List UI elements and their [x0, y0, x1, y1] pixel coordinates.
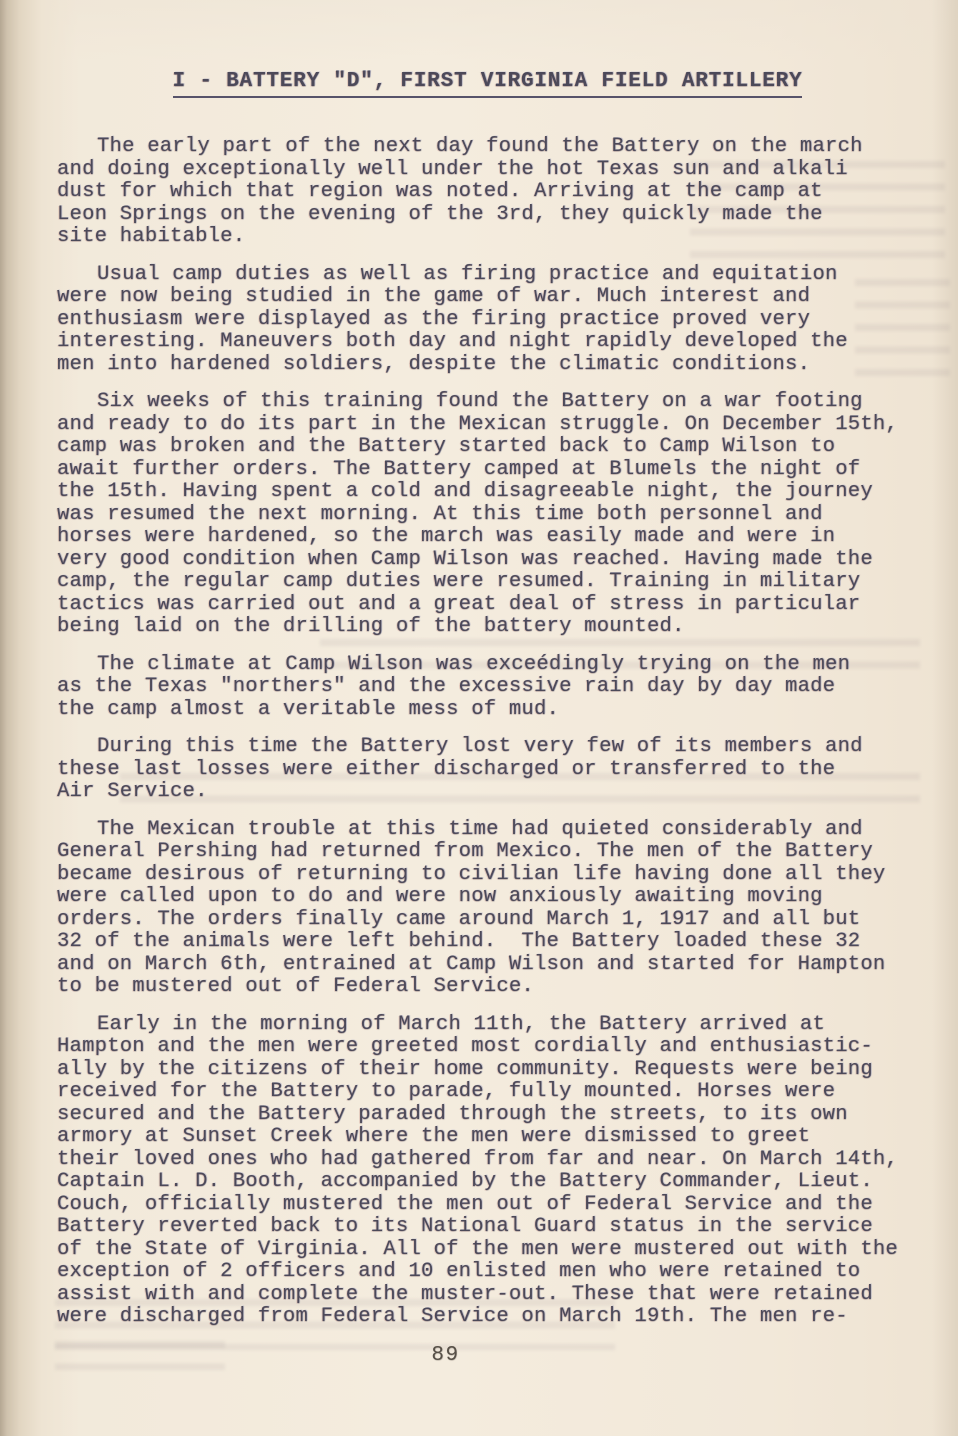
paragraph-4: The climate at Camp Wilson was exceéding… — [57, 654, 918, 722]
paragraph-5: During this time the Battery lost very f… — [57, 736, 918, 804]
paragraph-7: Early in the morning of March 11th, the … — [57, 1014, 918, 1329]
page-number: 89 — [431, 1344, 459, 1367]
page-content: I - BATTERY "D", FIRST VIRGINIA FIELD AR… — [57, 0, 918, 1367]
title-row: I - BATTERY "D", FIRST VIRGINIA FIELD AR… — [57, 70, 918, 98]
page-title: I - BATTERY "D", FIRST VIRGINIA FIELD AR… — [173, 70, 803, 98]
document-page: I - BATTERY "D", FIRST VIRGINIA FIELD AR… — [0, 0, 958, 1436]
page-number-row: 89 — [15, 1344, 876, 1367]
paragraph-1: The early part of the next day found the… — [57, 136, 918, 249]
paragraph-2: Usual camp duties as well as firing prac… — [57, 264, 918, 377]
page-right-edge-shadow — [932, 0, 958, 1436]
paragraph-3: Six weeks of this training found the Bat… — [57, 391, 918, 639]
paragraph-6: The Mexican trouble at this time had qui… — [57, 819, 918, 999]
